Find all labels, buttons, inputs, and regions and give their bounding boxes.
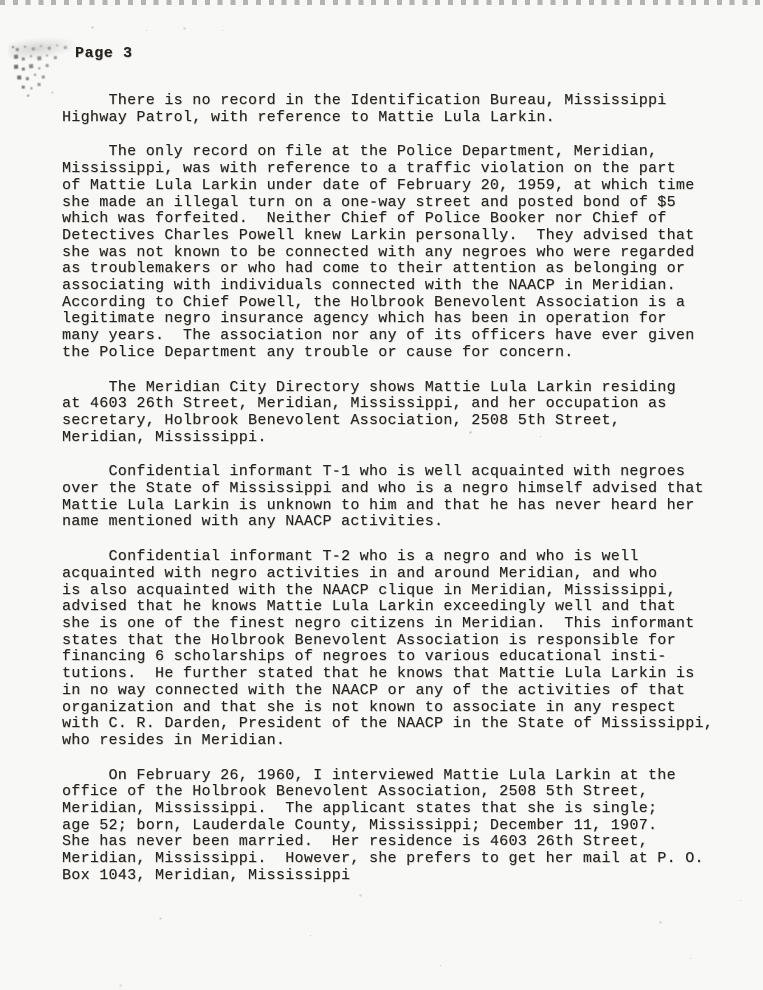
- perforation-dots: [0, 0, 763, 5]
- text-line: She has never been married. Her residenc…: [62, 834, 730, 851]
- text-line: Meridian, Mississippi. The applicant sta…: [62, 801, 730, 818]
- paragraph: On February 26, 1960, I interviewed Matt…: [62, 768, 730, 885]
- text-line: over the State of Mississippi and who is…: [62, 481, 730, 498]
- paragraph: Confidential informant T-2 who is a negr…: [62, 549, 730, 749]
- text-line: tutions. He further stated that he knows…: [62, 666, 730, 683]
- text-line: she is one of the finest negro citizens …: [62, 616, 730, 633]
- text-line: which was forfeited. Neither Chief of Po…: [62, 211, 730, 228]
- text-line: organization and that she is not known t…: [62, 700, 730, 717]
- text-line: associating with individuals connected w…: [62, 278, 730, 295]
- paragraph: Confidential informant T-1 who is well a…: [62, 464, 730, 531]
- scanned-document-page: Page 3 There is no record in the Identif…: [0, 0, 763, 990]
- text-line: Mississippi, was with reference to a tra…: [62, 161, 730, 178]
- text-line: The only record on file at the Police De…: [62, 144, 730, 161]
- text-line: Meridian, Mississippi. However, she pref…: [62, 851, 730, 868]
- text-line: Meridian, Mississippi.: [62, 430, 730, 447]
- text-line: Highway Patrol, with reference to Mattie…: [62, 110, 730, 127]
- text-line: of Mattie Lula Larkin under date of Febr…: [62, 178, 730, 195]
- text-line: On February 26, 1960, I interviewed Matt…: [62, 768, 730, 785]
- page-number-label: Page 3: [75, 45, 133, 62]
- text-line: is also acquainted with the NAACP clique…: [62, 583, 730, 600]
- text-line: states that the Holbrook Benevolent Asso…: [62, 633, 730, 650]
- text-line: name mentioned with any NAACP activities…: [62, 514, 730, 531]
- text-line: with C. R. Darden, President of the NAAC…: [62, 716, 730, 733]
- text-line: many years. The association nor any of i…: [62, 328, 730, 345]
- text-line: at 4603 26th Street, Meridian, Mississip…: [62, 396, 730, 413]
- text-line: office of the Holbrook Benevolent Associ…: [62, 784, 730, 801]
- text-line: According to Chief Powell, the Holbrook …: [62, 295, 730, 312]
- text-line: Confidential informant T-1 who is well a…: [62, 464, 730, 481]
- text-line: secretary, Holbrook Benevolent Associati…: [62, 413, 730, 430]
- scan-noise-specks: [0, 0, 1, 1]
- paragraph: The Meridian City Directory shows Mattie…: [62, 380, 730, 447]
- text-line: financing 6 scholarships of negroes to v…: [62, 649, 730, 666]
- document-body: There is no record in the Identification…: [62, 93, 730, 903]
- text-line: Detectives Charles Powell knew Larkin pe…: [62, 228, 730, 245]
- text-line: legitimate negro insurance agency which …: [62, 311, 730, 328]
- paragraph: There is no record in the Identification…: [62, 93, 730, 126]
- text-line: acquainted with negro activities in and …: [62, 566, 730, 583]
- text-line: in no way connected with the NAACP or an…: [62, 683, 730, 700]
- text-line: as troublemakers or who had come to thei…: [62, 261, 730, 278]
- text-line: The Meridian City Directory shows Mattie…: [62, 380, 730, 397]
- text-line: age 52; born, Lauderdale County, Mississ…: [62, 818, 730, 835]
- ink-smudge: [12, 46, 14, 48]
- text-line: she made an illegal turn on a one-way st…: [62, 195, 730, 212]
- text-line: she was not known to be connected with a…: [62, 245, 730, 262]
- paragraph: The only record on file at the Police De…: [62, 144, 730, 361]
- text-line: Box 1043, Meridian, Mississippi: [62, 868, 730, 885]
- text-line: There is no record in the Identification…: [62, 93, 730, 110]
- text-line: the Police Department any trouble or cau…: [62, 345, 730, 362]
- text-line: advised that he knows Mattie Lula Larkin…: [62, 599, 730, 616]
- text-line: who resides in Meridian.: [62, 733, 730, 750]
- text-line: Confidential informant T-2 who is a negr…: [62, 549, 730, 566]
- text-line: Mattie Lula Larkin is unknown to him and…: [62, 498, 730, 515]
